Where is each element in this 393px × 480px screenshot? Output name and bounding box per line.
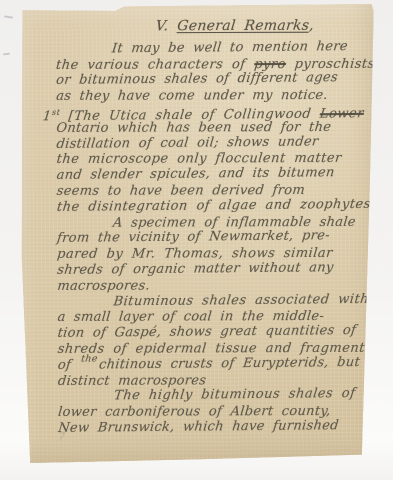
- text-segment-plain: the various characters of: [55, 57, 255, 73]
- manuscript-line: of thechitinous crusts of Eurypterids, b…: [57, 355, 375, 374]
- manuscript-line: New Brunswick, which have furnished: [57, 418, 375, 437]
- text-segment-plain: from the vicinity of Newmarket, pre-: [56, 229, 330, 247]
- text-segment-underline: General Remarks: [176, 18, 310, 34]
- text-segment-plain: tion of Gaspé, shows great quantities of: [57, 323, 357, 341]
- text-segment-plain: seems to have been derived from: [56, 183, 306, 199]
- text-segment-plain: and slender spicules, and its bitumen: [56, 165, 336, 183]
- section-title: V. General Remarks,: [155, 18, 373, 35]
- text-segment-strike: pyro: [253, 57, 286, 72]
- manuscript-line: the disintegration of algae and zoophyte…: [56, 197, 374, 216]
- text-segment-plain: macrospores.: [57, 278, 151, 293]
- text-segment-plain: lower carboniferous of Albert county,: [57, 404, 331, 420]
- scanned-document: V. General Remarks, It may be well to me…: [0, 0, 393, 480]
- text-segment-plain: Bituminous shales associated with: [113, 291, 370, 308]
- text-segment-plain: Ontario which has been used for the: [56, 120, 332, 136]
- manuscript-line: It may be well to mention here: [55, 39, 373, 58]
- manuscript-page: V. General Remarks, It may be well to me…: [20, 4, 377, 463]
- manuscript-line: from the vicinity of Newmarket, pre-: [56, 228, 374, 247]
- text-segment-plain: chitinous crusts of Eurypterids, but no: [98, 354, 386, 372]
- manuscript-line: tion of Gaspé, shows great quantities of: [57, 323, 375, 342]
- text-segment-plain: It may be well to mention here: [111, 39, 349, 56]
- manuscript-line: or bituminous shales of different ages: [55, 70, 373, 89]
- text-segment-plain: The highly bituminous shales of the: [113, 386, 387, 404]
- manuscript-line: shreds of organic matter without any: [56, 260, 374, 279]
- margin-mark: [4, 15, 13, 18]
- text-segment-plain: of: [57, 357, 80, 372]
- margin-mark: [3, 53, 10, 56]
- text-segment-plain: the disintegration of algae and zoophyte…: [56, 197, 372, 215]
- manuscript-text: V. General Remarks, It may be well to me…: [56, 18, 375, 437]
- text-segment-plain: shreds of organic matter without any: [56, 260, 334, 278]
- text-segment-plain: New Brunswick, which have furnished: [57, 418, 339, 436]
- pencil-smudge: 7: [58, 430, 65, 443]
- manuscript-line: 1st [The Utica shale of Collingwood Lowe…: [42, 102, 373, 121]
- manuscript-line: and slender spicules, and its bitumen: [56, 165, 374, 184]
- text-segment-plain: V.: [155, 18, 178, 34]
- text-segment-plain: distinct macrospores: [57, 373, 207, 389]
- text-segment-plain: ,: [308, 18, 314, 34]
- text-segment-plain: or bituminous shales of different ages: [55, 71, 338, 89]
- manuscript-line: The highly bituminous shales of the: [57, 386, 375, 405]
- manuscript-line: Bituminous shales associated with: [57, 291, 375, 310]
- manuscript-line: distillation of coal oil; shows under: [56, 133, 374, 152]
- text-segment-plain: distillation of coal oil; shows under: [56, 134, 320, 152]
- text-segment-insert: the: [81, 353, 99, 364]
